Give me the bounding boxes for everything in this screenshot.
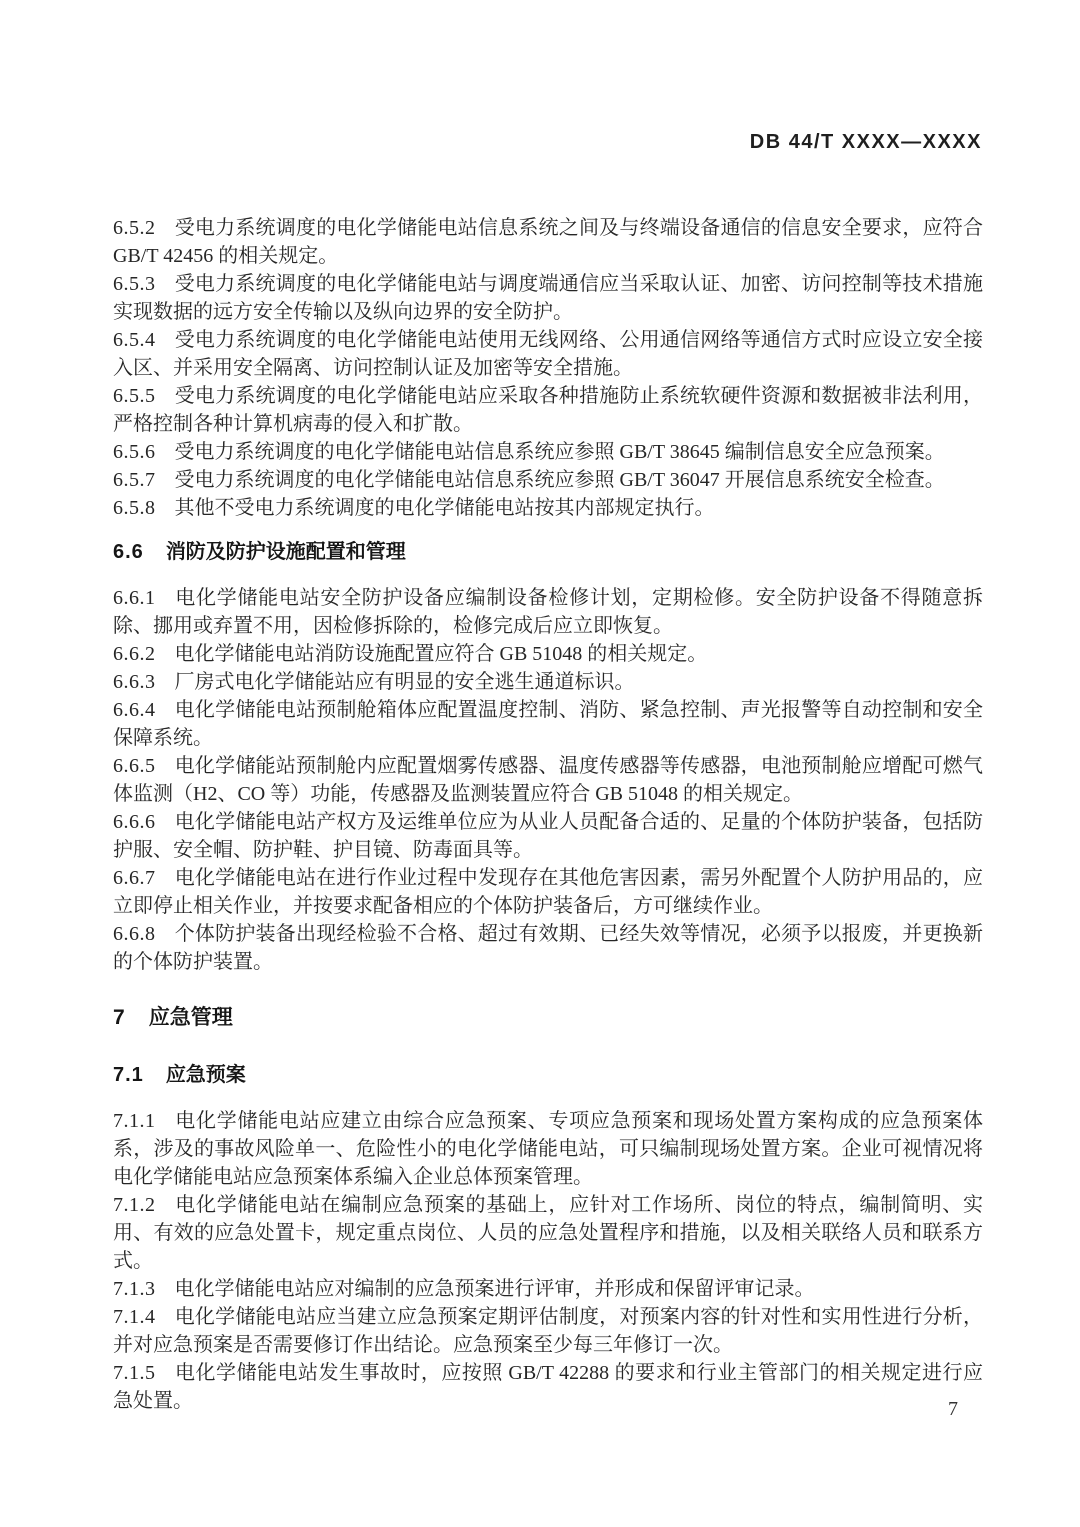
- clause-text: 电化学储能电站预制舱箱体应配置温度控制、消防、紧急控制、声光报警等自动控制和安全…: [113, 699, 983, 749]
- clause-number: 6.6.4: [113, 699, 156, 721]
- clause-text: 电化学储能电站发生事故时，应按照 GB/T 42288 的要求和行业主管部门的相…: [113, 1362, 983, 1412]
- clause-6-6-7: 6.6.7电化学储能电站在进行作业过程中发现存在其他危害因素，需另外配置个人防护…: [113, 864, 983, 920]
- chapter-heading-7: 7应急管理: [113, 1004, 983, 1032]
- clause-text: 电化学储能电站安全防护设备应编制设备检修计划，定期检修。安全防护设备不得随意拆除…: [113, 587, 983, 637]
- clause-6-6-5: 6.6.5电化学储能站预制舱内应配置烟雾传感器、温度传感器等传感器，电池预制舱应…: [113, 752, 983, 808]
- clause-number: 6.6.7: [113, 867, 156, 889]
- clause-6-5-3: 6.5.3受电力系统调度的电化学储能电站与调度端通信应当采取认证、加密、访问控制…: [113, 270, 983, 326]
- page-number: 7: [948, 1398, 958, 1421]
- document-body: 6.5.2受电力系统调度的电化学储能电站信息系统之间及与终端设备通信的信息安全要…: [0, 214, 1080, 1415]
- clause-6-5-6: 6.5.6受电力系统调度的电化学储能电站信息系统应参照 GB/T 38645 编…: [113, 438, 983, 466]
- clause-text: 电化学储能电站在进行作业过程中发现存在其他危害因素，需另外配置个人防护用品的，应…: [113, 867, 983, 917]
- clause-number: 6.6.8: [113, 923, 156, 945]
- clause-6-6-2: 6.6.2电化学储能电站消防设施配置应符合 GB 51048 的相关规定。: [113, 640, 983, 668]
- clause-number: 6.5.6: [113, 441, 156, 463]
- clause-7-1-5: 7.1.5电化学储能电站发生事故时，应按照 GB/T 42288 的要求和行业主…: [113, 1359, 983, 1415]
- clause-text: 厂房式电化学储能站应有明显的安全逃生通道标识。: [175, 671, 635, 693]
- section-title: 应急预案: [166, 1064, 246, 1086]
- section-title: 消防及防护设施配置和管理: [166, 541, 406, 563]
- clause-6-6-4: 6.6.4电化学储能电站预制舱箱体应配置温度控制、消防、紧急控制、声光报警等自动…: [113, 696, 983, 752]
- chapter-title: 应急管理: [149, 1006, 233, 1029]
- clause-number: 6.5.2: [113, 217, 156, 239]
- clause-text: 受电力系统调度的电化学储能电站信息系统应参照 GB/T 38645 编制信息安全…: [175, 441, 945, 463]
- clause-text: 受电力系统调度的电化学储能电站信息系统之间及与终端设备通信的信息安全要求，应符合…: [113, 217, 983, 267]
- clause-number: 6.6.2: [113, 643, 156, 665]
- clause-6-5-8: 6.5.8其他不受电力系统调度的电化学储能电站按其内部规定执行。: [113, 494, 983, 522]
- clause-number: 7.1.1: [113, 1110, 156, 1132]
- clause-text: 受电力系统调度的电化学储能电站与调度端通信应当采取认证、加密、访问控制等技术措施…: [113, 273, 983, 323]
- section-number: 7.1: [113, 1064, 144, 1086]
- clause-text: 个体防护装备出现经检验不合格、超过有效期、已经失效等情况，必须予以报废，并更换新…: [113, 923, 983, 973]
- section-heading-6-6: 6.6消防及防护设施配置和管理: [113, 538, 983, 566]
- clause-number: 6.5.8: [113, 497, 156, 519]
- clause-number: 6.6.1: [113, 587, 156, 609]
- clause-6-5-2: 6.5.2受电力系统调度的电化学储能电站信息系统之间及与终端设备通信的信息安全要…: [113, 214, 983, 270]
- clause-number: 7.1.2: [113, 1194, 156, 1216]
- clause-6-6-3: 6.6.3厂房式电化学储能站应有明显的安全逃生通道标识。: [113, 668, 983, 696]
- clause-number: 6.6.5: [113, 755, 156, 777]
- clause-text: 电化学储能电站产权方及运维单位应为从业人员配备合适的、足量的个体防护装备，包括防…: [113, 811, 983, 861]
- clause-text: 电化学储能电站在编制应急预案的基础上，应针对工作场所、岗位的特点，编制简明、实用…: [113, 1194, 983, 1272]
- clause-text: 电化学储能电站应建立由综合应急预案、专项应急预案和现场处置方案构成的应急预案体系…: [113, 1110, 983, 1188]
- clause-text: 电化学储能电站消防设施配置应符合 GB 51048 的相关规定。: [175, 643, 708, 665]
- clause-7-1-1: 7.1.1电化学储能电站应建立由综合应急预案、专项应急预案和现场处置方案构成的应…: [113, 1107, 983, 1191]
- document-page: DB 44/T XXXX—XXXX 6.5.2受电力系统调度的电化学储能电站信息…: [0, 0, 1080, 1527]
- clause-text: 电化学储能站预制舱内应配置烟雾传感器、温度传感器等传感器，电池预制舱应增配可燃气…: [113, 755, 983, 805]
- clause-number: 6.5.4: [113, 329, 156, 351]
- clause-text: 受电力系统调度的电化学储能电站应采取各种措施防止系统软硬件资源和数据被非法利用，…: [113, 385, 983, 435]
- doc-number: DB 44/T XXXX—XXXX: [0, 0, 1080, 154]
- clause-6-6-8: 6.6.8个体防护装备出现经检验不合格、超过有效期、已经失效等情况，必须予以报废…: [113, 920, 983, 976]
- clause-7-1-3: 7.1.3电化学储能电站应对编制的应急预案进行评审，并形成和保留评审记录。: [113, 1275, 983, 1303]
- clause-text: 受电力系统调度的电化学储能电站信息系统应参照 GB/T 36047 开展信息系统…: [175, 469, 945, 491]
- clause-7-1-2: 7.1.2电化学储能电站在编制应急预案的基础上，应针对工作场所、岗位的特点，编制…: [113, 1191, 983, 1275]
- clause-text: 其他不受电力系统调度的电化学储能电站按其内部规定执行。: [175, 497, 715, 519]
- clause-7-1-4: 7.1.4电化学储能电站应当建立应急预案定期评估制度，对预案内容的针对性和实用性…: [113, 1303, 983, 1359]
- clause-number: 6.6.6: [113, 811, 156, 833]
- clause-number: 7.1.3: [113, 1278, 156, 1300]
- clause-6-5-4: 6.5.4受电力系统调度的电化学储能电站使用无线网络、公用通信网络等通信方式时应…: [113, 326, 983, 382]
- clause-text: 电化学储能电站应当建立应急预案定期评估制度，对预案内容的针对性和实用性进行分析，…: [113, 1306, 983, 1356]
- clause-text: 电化学储能电站应对编制的应急预案进行评审，并形成和保留评审记录。: [175, 1278, 815, 1300]
- clause-number: 6.5.3: [113, 273, 156, 295]
- clause-6-6-6: 6.6.6电化学储能电站产权方及运维单位应为从业人员配备合适的、足量的个体防护装…: [113, 808, 983, 864]
- clause-number: 7.1.5: [113, 1362, 156, 1384]
- clause-6-5-7: 6.5.7受电力系统调度的电化学储能电站信息系统应参照 GB/T 36047 开…: [113, 466, 983, 494]
- clause-number: 7.1.4: [113, 1306, 156, 1328]
- clause-text: 受电力系统调度的电化学储能电站使用无线网络、公用通信网络等通信方式时应设立安全接…: [113, 329, 983, 379]
- clause-number: 6.6.3: [113, 671, 156, 693]
- clause-6-5-5: 6.5.5受电力系统调度的电化学储能电站应采取各种措施防止系统软硬件资源和数据被…: [113, 382, 983, 438]
- section-number: 6.6: [113, 541, 144, 563]
- clause-number: 6.5.7: [113, 469, 156, 491]
- chapter-number: 7: [113, 1006, 126, 1029]
- section-heading-7-1: 7.1应急预案: [113, 1061, 983, 1089]
- clause-number: 6.5.5: [113, 385, 156, 407]
- clause-6-6-1: 6.6.1电化学储能电站安全防护设备应编制设备检修计划，定期检修。安全防护设备不…: [113, 584, 983, 640]
